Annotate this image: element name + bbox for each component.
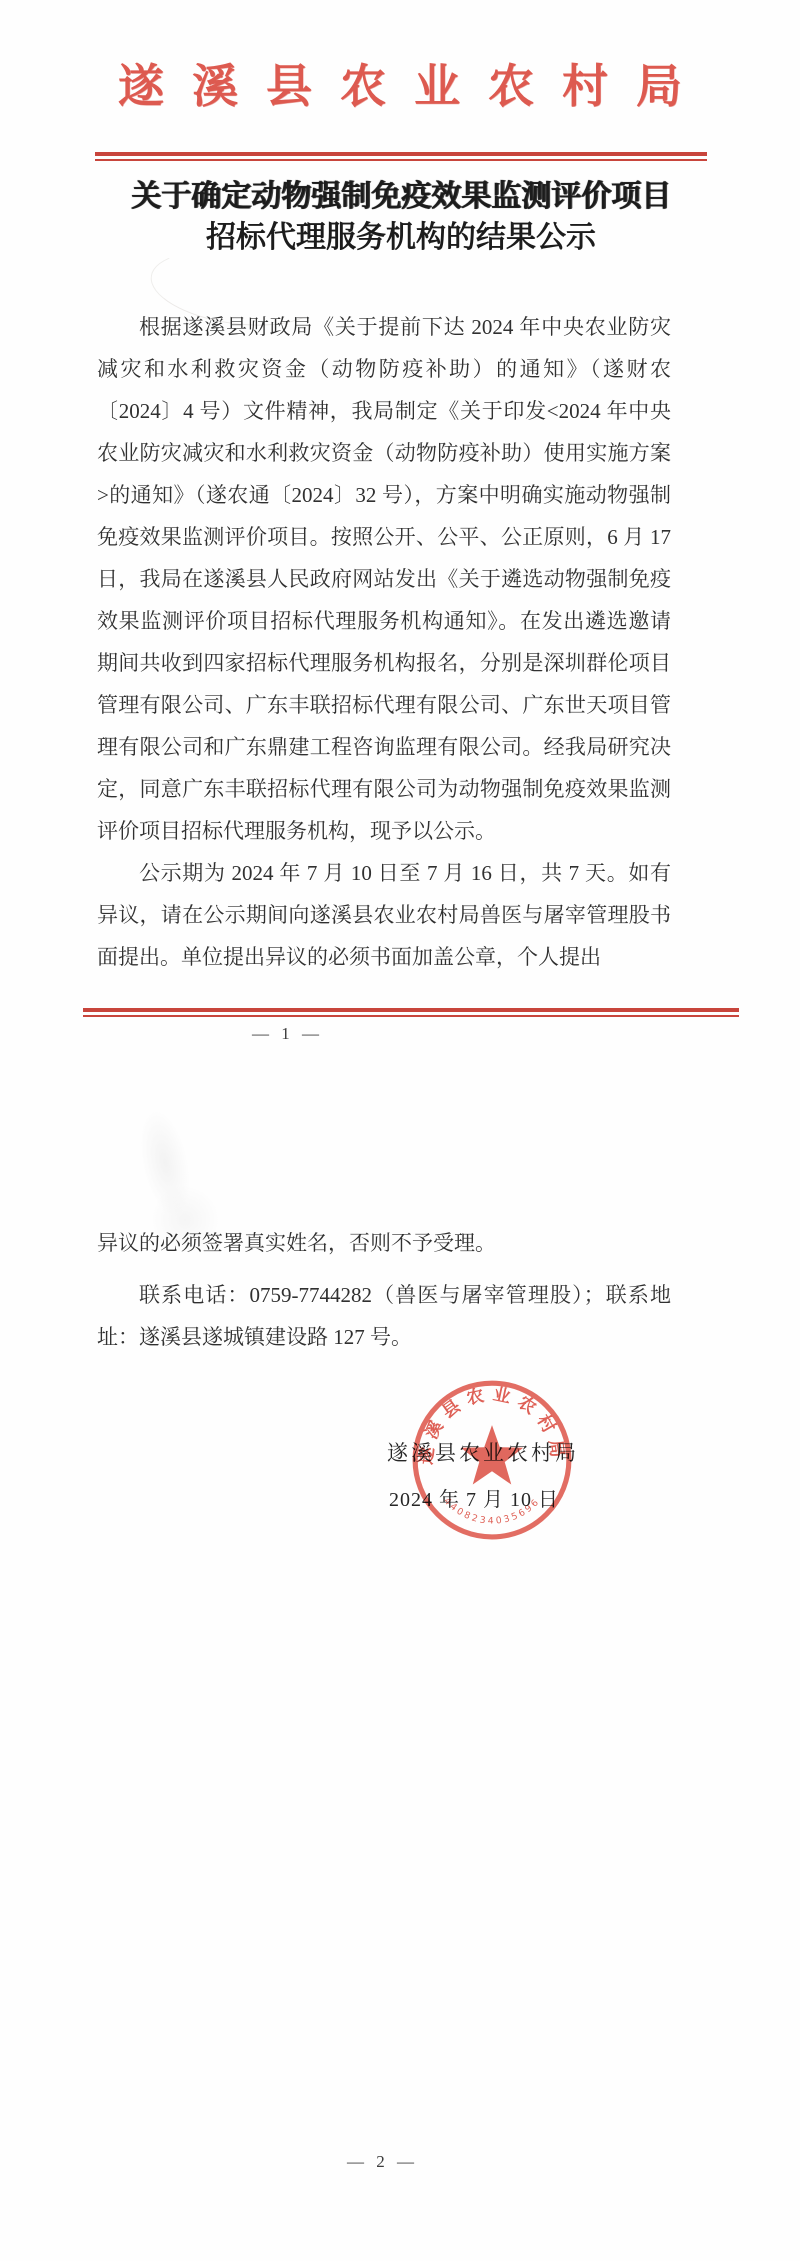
- official-seal: 遂溪县农业农村局 4408234035696: [410, 1378, 574, 1542]
- scan-artifact: [131, 1104, 199, 1221]
- page1-footer-rule: [83, 1008, 739, 1017]
- document-title-line1: 关于确定动物强制免疫效果监测评价项目: [95, 176, 707, 217]
- star-icon: [461, 1425, 523, 1484]
- page-number-2: — 2 —: [347, 2152, 418, 2172]
- body-paragraph-1: 根据遂溪县财政局《关于提前下达 2024 年中央农业防灾减灾和水利救灾资金（动物…: [97, 306, 671, 852]
- document-title-line2: 招标代理服务机构的结果公示: [95, 217, 707, 258]
- scanned-document: 遂溪县农业农村局 关于确定动物强制免疫效果监测评价项目 招标代理服务机构的结果公…: [0, 0, 800, 2261]
- page-number-1: — 1 —: [252, 1024, 323, 1044]
- seal-serial-number: 4408234035696: [441, 1496, 542, 1527]
- document-title: 关于确定动物强制免疫效果监测评价项目 招标代理服务机构的结果公示: [95, 176, 707, 258]
- masthead-divider-rule: [95, 152, 707, 161]
- body-text-page1: 根据遂溪县财政局《关于提前下达 2024 年中央农业防灾减灾和水利救灾资金（动物…: [97, 306, 671, 978]
- contact-paragraph: 联系电话：0759-7744282（兽医与屠宰管理股）；联系地址：遂溪县遂城镇建…: [97, 1274, 671, 1358]
- agency-masthead: 遂溪县农业农村局: [0, 50, 800, 116]
- svg-text:4408234035696: 4408234035696: [441, 1496, 542, 1527]
- body-paragraph-2-continued: 异议的必须签署真实姓名，否则不予受理。: [97, 1222, 671, 1264]
- body-text-page2: 异议的必须签署真实姓名，否则不予受理。 联系电话：0759-7744282（兽医…: [97, 1222, 671, 1358]
- body-paragraph-2-start: 公示期为 2024 年 7 月 10 日至 7 月 16 日，共 7 天。如有异…: [97, 852, 671, 978]
